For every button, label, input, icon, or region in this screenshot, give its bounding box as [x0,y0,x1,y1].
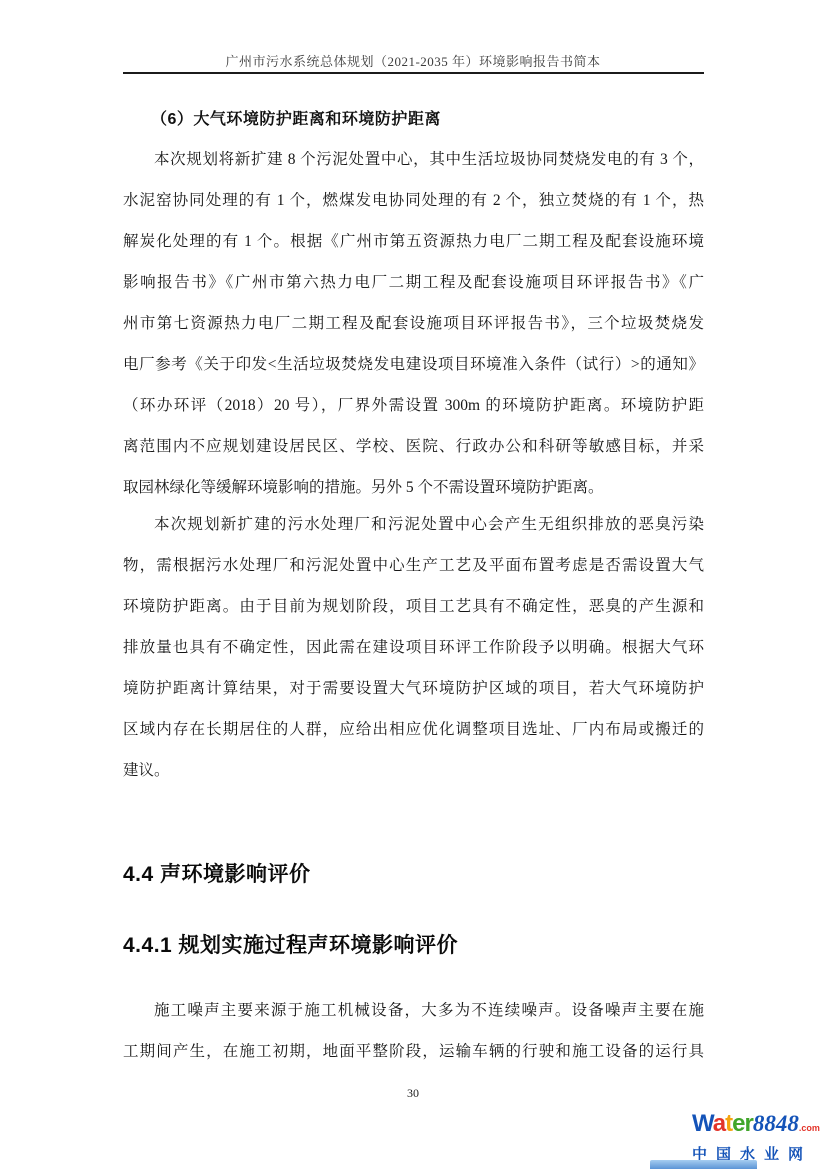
paragraph-construction-noise: 施工噪声主要来源于施工机械设备，大多为不连续噪声。设备噪声主要在施 工期间产生，… [123,990,704,1072]
text-line: 施工噪声主要来源于施工机械设备，大多为不连续噪声。设备噪声主要在施 [123,990,704,1031]
text-line: 境防护距离计算结果，对于需要设置大气环境防护区域的项目，若大气环境防护 [123,668,704,709]
paragraph-sludge-centers: 本次规划将新扩建 8 个污泥处置中心，其中生活垃圾协同焚烧发电的有 3 个， 水… [123,139,704,508]
logo-number: 8848 [753,1111,799,1136]
paragraph-odor-pollution: 本次规划新扩建的污水处理厂和污泥处置中心会产生无组织排放的恶臭污染 物，需根据污… [123,504,704,791]
document-page: 广州市污水系统总体规划（2021-2035 年）环境影响报告书简本 （6）大气环… [0,0,826,1169]
text-line: 本次规划将新扩建 8 个污泥处置中心，其中生活垃圾协同焚烧发电的有 3 个， [123,139,704,180]
text-line: 解炭化处理的有 1 个。根据《广州市第五资源热力电厂二期工程及配套设施环境 [123,221,704,262]
text-line: 影响报告书》《广州市第六热力电厂二期工程及配套设施项目环评报告书》《广 [123,262,704,303]
heading-air-protection-distance: （6）大气环境防护距离和环境防护距离 [151,106,441,129]
text-line: 环境防护距离。由于目前为规划阶段，项目工艺具有不确定性，恶臭的产生源和 [123,586,704,627]
heading-section-4-4-1: 4.4.1 规划实施过程声环境影响评价 [123,929,458,959]
bottom-blue-strip [650,1160,757,1169]
logo-tld: .com [799,1123,820,1133]
heading-section-4-4: 4.4 声环境影响评价 [123,858,311,888]
water8848-logo: Water8848.com 中国水业网 [692,1112,822,1162]
text-line: 州市第七资源热力电厂二期工程及配套设施项目环评报告书》，三个垃圾焚烧发 [123,303,704,344]
text-line: 工期间产生，在施工初期，地面平整阶段，运输车辆的行驶和施工设备的运行具 [123,1031,704,1072]
logo-letter: r [744,1110,752,1137]
page-number: 30 [0,1086,826,1101]
text-line: 排放量也具有不确定性，因此需在建设项目环评工作阶段予以明确。根据大气环 [123,627,704,668]
text-line: 水泥窑协同处理的有 1 个，燃煤发电协同处理的有 2 个，独立焚烧的有 1 个，… [123,180,704,221]
text-line: 物，需根据污水处理厂和污泥处置中心生产工艺及平面布置考虑是否需设置大气 [123,545,704,586]
text-line: 本次规划新扩建的污水处理厂和污泥处置中心会产生无组织排放的恶臭污染 [123,504,704,545]
water8848-wordmark: Water8848.com [692,1112,822,1140]
text-line: 建议。 [123,750,704,791]
document-content: （6）大气环境防护距离和环境防护距离 本次规划将新扩建 8 个污泥处置中心，其中… [123,0,704,1169]
text-line: （环办环评（2018）20 号），厂界外需设置 300m 的环境防护距离。环境防… [123,385,704,426]
text-line: 电厂参考《关于印发<生活垃圾焚烧发电建设项目环境准入条件（试行）>的通知》 [123,344,704,385]
text-line: 取园林绿化等缓解环境影响的措施。另外 5 个不需设置环境防护距离。 [123,467,704,508]
logo-letter: W [692,1110,713,1137]
text-line: 离范围内不应规划建设居民区、学校、医院、行政办公和科研等敏感目标，并采 [123,426,704,467]
logo-letter: e [732,1110,744,1137]
text-line: 区域内存在长期居住的人群，应给出相应优化调整项目选址、厂内布局或搬迁的 [123,709,704,750]
logo-letter: a [713,1110,725,1137]
